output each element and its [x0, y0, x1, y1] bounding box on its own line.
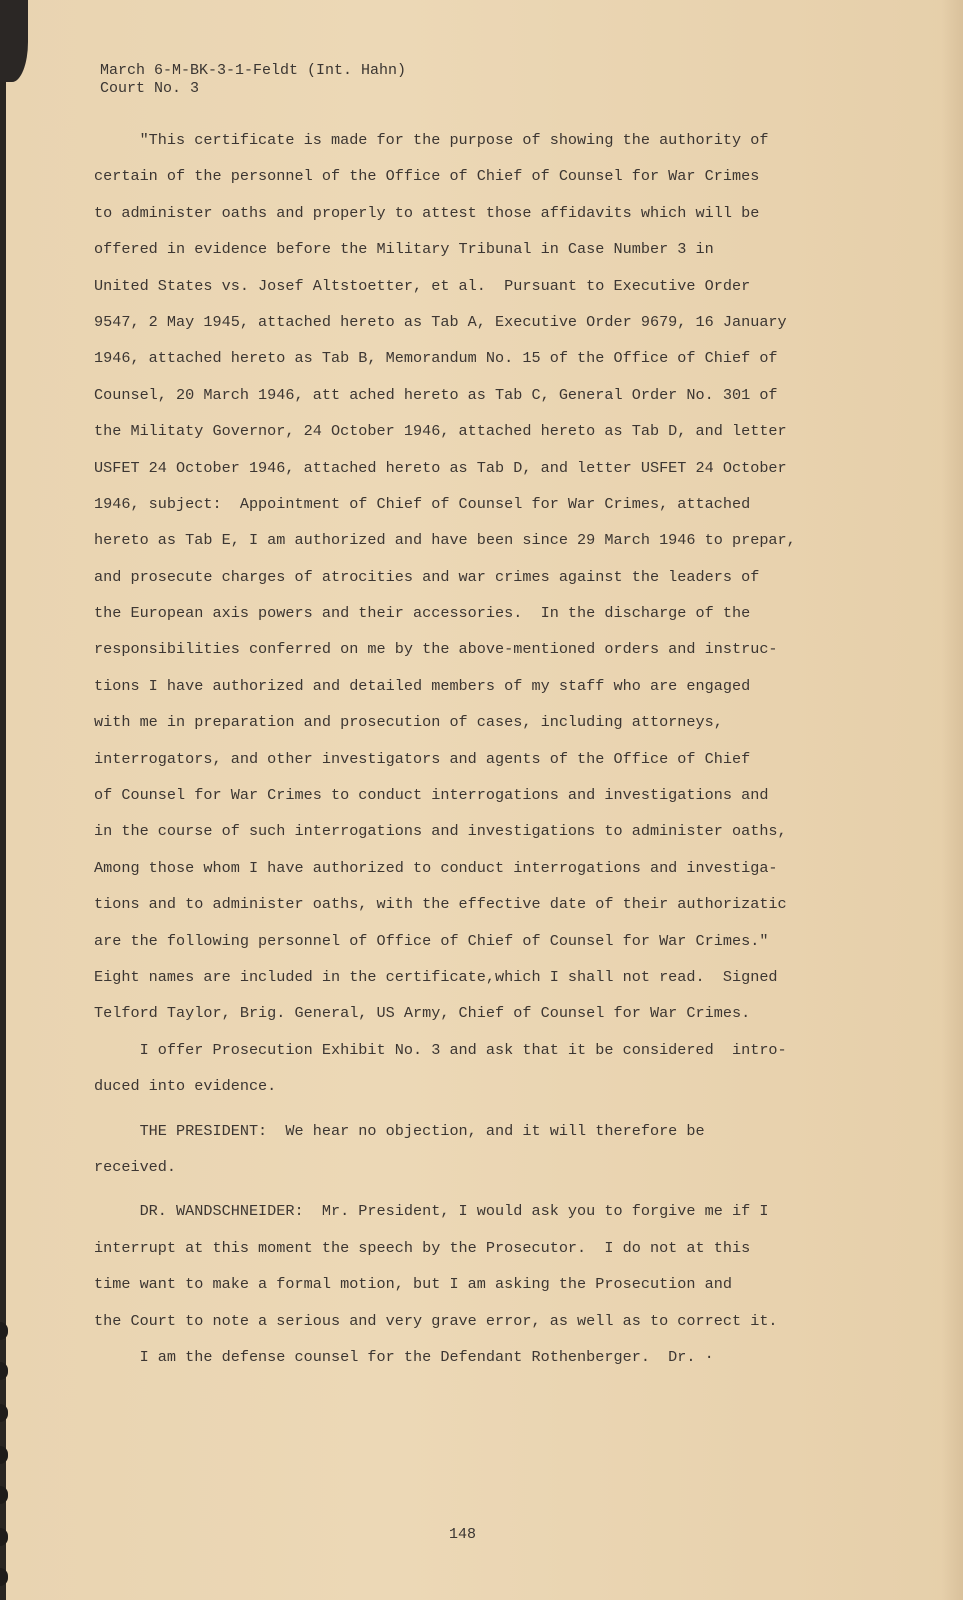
- text-line: duced into evidence.: [94, 1068, 894, 1104]
- text-line: United States vs. Josef Altstoetter, et …: [94, 268, 894, 304]
- text-line: Among those whom I have authorized to co…: [94, 850, 894, 886]
- president-response: THE PRESIDENT: We hear no objection, and…: [94, 1113, 894, 1186]
- text-line: responsibilities conferred on me by the …: [94, 631, 894, 667]
- text-line: USFET 24 October 1946, attached hereto a…: [94, 450, 894, 486]
- text-line: the Militaty Governor, 24 October 1946, …: [94, 413, 894, 449]
- text-line: Eight names are included in the certific…: [94, 959, 894, 995]
- text-line: and prosecute charges of atrocities and …: [94, 559, 894, 595]
- header-reference: March 6-M-BK-3-1-Feldt (Int. Hahn): [100, 62, 406, 80]
- text-line: hereto as Tab E, I am authorized and hav…: [94, 522, 894, 558]
- text-line: Counsel, 20 March 1946, att ached hereto…: [94, 377, 894, 413]
- page-number: 148: [449, 1526, 476, 1543]
- text-line: offered in evidence before the Military …: [94, 231, 894, 267]
- text-line: DR. WANDSCHNEIDER: Mr. President, I woul…: [94, 1193, 894, 1229]
- text-line: time want to make a formal motion, but I…: [94, 1266, 894, 1302]
- binding-holes: [0, 1300, 10, 1600]
- text-line: are the following personnel of Office of…: [94, 923, 894, 959]
- transcript-body: "This certificate is made for the purpos…: [94, 122, 894, 1375]
- text-line: tions and to administer oaths, with the …: [94, 886, 894, 922]
- text-line: tions I have authorized and detailed mem…: [94, 668, 894, 704]
- document-header: March 6-M-BK-3-1-Feldt (Int. Hahn) Court…: [100, 62, 406, 98]
- text-line: received.: [94, 1149, 894, 1185]
- text-line: 1946, attached hereto as Tab B, Memorand…: [94, 340, 894, 376]
- text-line: in the course of such interrogations and…: [94, 813, 894, 849]
- header-court: Court No. 3: [100, 80, 406, 98]
- wandschneider-statement: DR. WANDSCHNEIDER: Mr. President, I woul…: [94, 1193, 894, 1375]
- exhibit-offer: I offer Prosecution Exhibit No. 3 and as…: [94, 1032, 894, 1105]
- text-line: "This certificate is made for the purpos…: [94, 122, 894, 158]
- text-line: interrogators, and other investigators a…: [94, 741, 894, 777]
- text-line: the Court to note a serious and very gra…: [94, 1303, 894, 1339]
- text-line: 1946, subject: Appointment of Chief of C…: [94, 486, 894, 522]
- text-line: certain of the personnel of the Office o…: [94, 158, 894, 194]
- text-line: I am the defense counsel for the Defenda…: [94, 1339, 894, 1375]
- text-line: Telford Taylor, Brig. General, US Army, …: [94, 995, 894, 1031]
- text-line: the European axis powers and their acces…: [94, 595, 894, 631]
- text-line: of Counsel for War Crimes to conduct int…: [94, 777, 894, 813]
- text-line: 9547, 2 May 1945, attached hereto as Tab…: [94, 304, 894, 340]
- text-line: THE PRESIDENT: We hear no objection, and…: [94, 1113, 894, 1149]
- certificate-quote: "This certificate is made for the purpos…: [94, 122, 894, 1032]
- page-edge-shadow: [941, 0, 963, 1600]
- text-line: I offer Prosecution Exhibit No. 3 and as…: [94, 1032, 894, 1068]
- text-line: to administer oaths and properly to atte…: [94, 195, 894, 231]
- text-line: interrupt at this moment the speech by t…: [94, 1230, 894, 1266]
- text-line: with me in preparation and prosecution o…: [94, 704, 894, 740]
